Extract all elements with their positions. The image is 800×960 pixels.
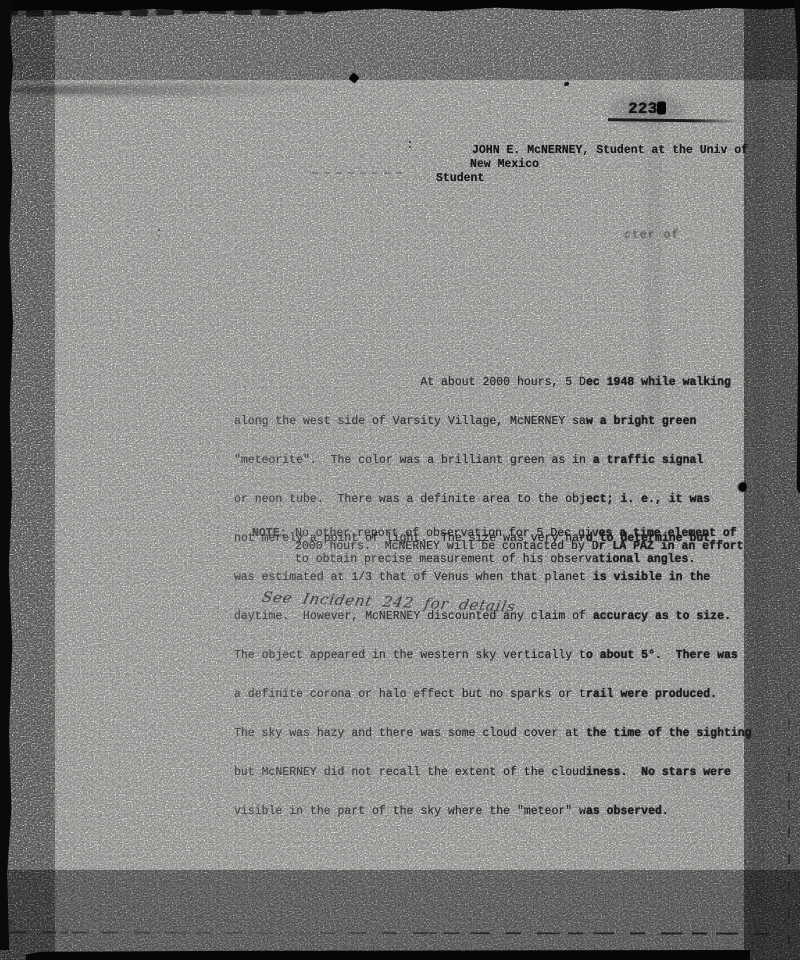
- witness-location-line: New Mexico: [470, 158, 539, 171]
- page-number-block: 223: [628, 100, 666, 118]
- scan-border-right: [794, 0, 800, 494]
- ink-speck: [158, 229, 160, 231]
- ink-speck: [738, 482, 747, 492]
- scan-border-left: [0, 0, 13, 950]
- page-number-underline: [608, 118, 741, 122]
- witness-occupation-line: Student: [436, 172, 484, 185]
- faint-text-fragment: cter of: [624, 229, 679, 242]
- note-block: NOTE: No other report of observation for…: [252, 527, 754, 569]
- scanner-smudge-band: [0, 84, 345, 96]
- faint-dash-trace: [312, 172, 402, 174]
- scanner-dashed-line-bottom: [10, 931, 782, 935]
- ink-speck: [563, 81, 569, 86]
- scan-border-bottom: [26, 950, 750, 960]
- ink-speck: [409, 141, 411, 143]
- scan-border-top-smear: [0, 9, 335, 17]
- scanned-document-page: 223 JOHN E. McNERNEY, Student at the Uni…: [0, 0, 800, 960]
- witness-name-line: JOHN E. McNERNEY, Student at the Univ of: [472, 144, 748, 157]
- note-label: NOTE:: [252, 527, 287, 540]
- ink-speck: [348, 72, 359, 83]
- page-number: 223: [628, 100, 657, 118]
- ink-blob: [657, 102, 666, 115]
- report-body-paragraph: At about 2000 hours, 5 Dec 1948 while wa…: [234, 350, 756, 510]
- scanner-dashed-line-right: [788, 692, 790, 954]
